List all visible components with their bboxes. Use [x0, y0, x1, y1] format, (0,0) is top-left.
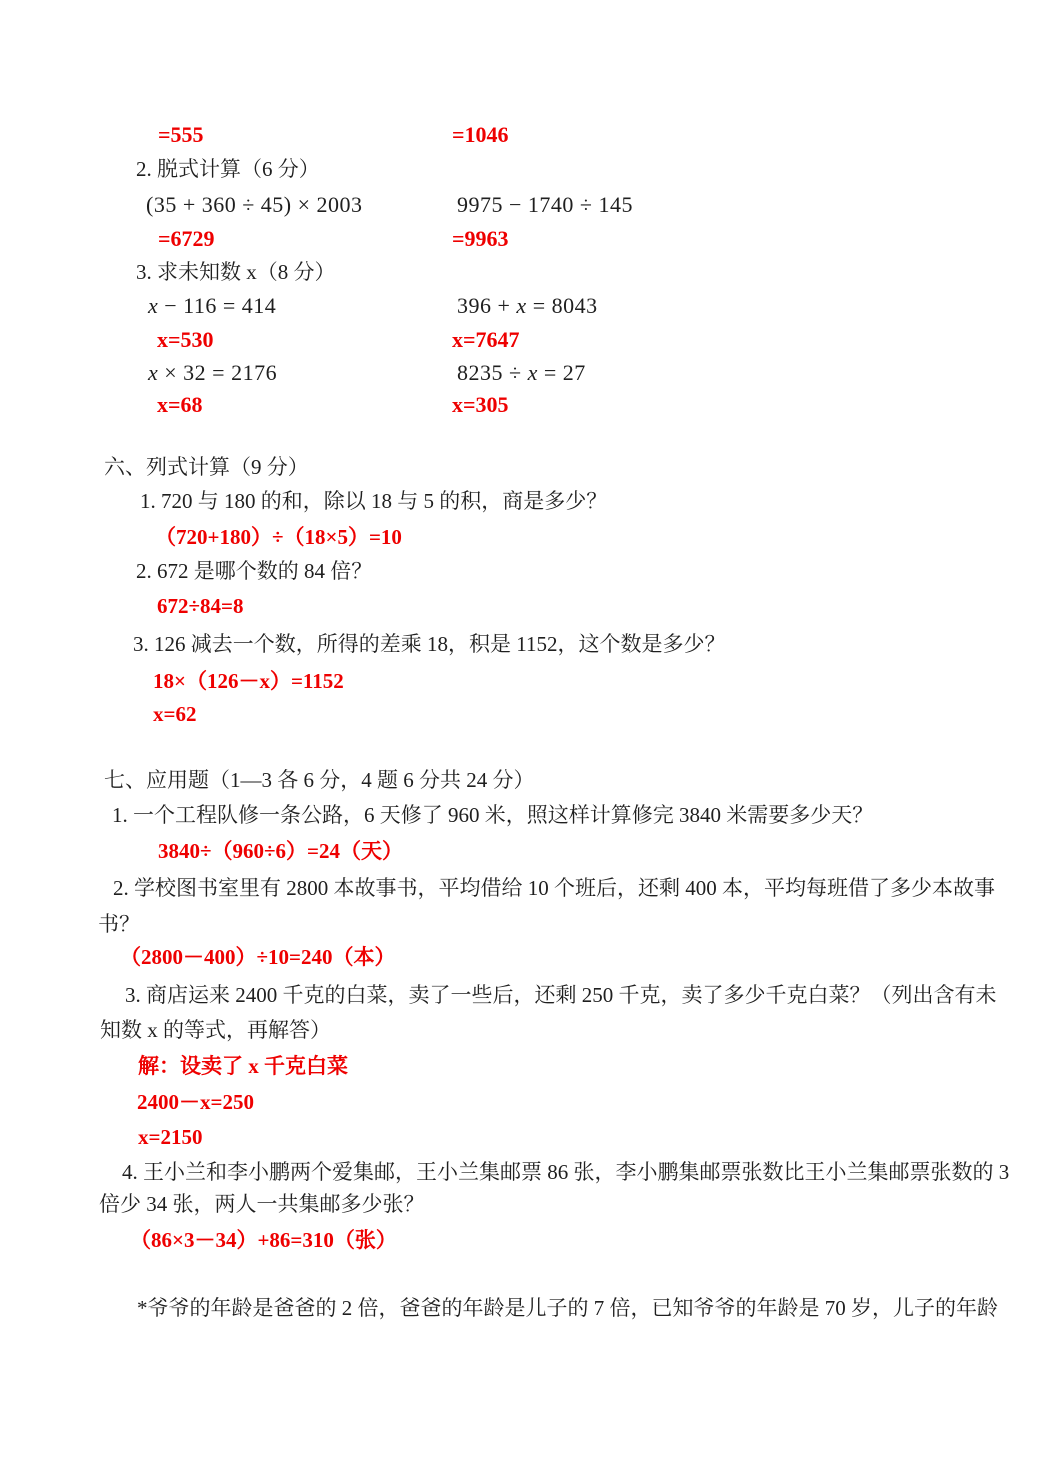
section6-answer-2: 672÷84=8: [157, 589, 244, 623]
section7-answer-1: 3840÷（960÷6）=24（天）: [158, 834, 403, 868]
section7-question-4-line2: 倍少 34 张，两人一共集邮多少张？: [99, 1187, 425, 1221]
section7-question-4-line1: 4. 王小兰和李小鹏两个爱集邮，王小兰集邮票 86 张，李小鹏集邮票张数比王小兰…: [122, 1155, 1009, 1189]
equation-1-post: − 116 = 414: [158, 293, 276, 318]
equation-3-variable: x: [148, 360, 158, 385]
equation-1: x − 116 = 414: [148, 289, 276, 323]
answer-555: =555: [158, 118, 204, 152]
equation-2-post: = 8043: [527, 293, 598, 318]
section7-question-2-line2: 书？: [98, 907, 140, 941]
section6-question-2: 2. 672 是哪个数的 84 倍？: [136, 554, 372, 588]
answer-x68: x=68: [157, 388, 203, 422]
section7-answer-3-setup: 解：设卖了 x 千克白菜: [138, 1049, 348, 1083]
section7-question-3-line1: 3. 商店运来 2400 千克的白菜，卖了一些后，还剩 250 千克，卖了多少千…: [125, 978, 997, 1012]
section7-answer-3-equation: 2400－x=250: [137, 1085, 254, 1119]
equation-3: x × 32 = 2176: [148, 356, 277, 390]
section7-question-3-line2: 知数 x 的等式，再解答）: [100, 1013, 331, 1047]
equation-2-variable: x: [516, 293, 526, 318]
section7-answer-3-result: x=2150: [138, 1120, 202, 1154]
answer-6729: =6729: [158, 222, 215, 256]
section6-answer-3: 18×（126－x）=1152: [153, 664, 344, 698]
answer-1046: =1046: [452, 118, 509, 152]
section7-question-2-line1: 2. 学校图书室里有 2800 本故事书，平均借给 10 个班后，还剩 400 …: [113, 871, 995, 905]
section7-question-1: 1. 一个工程队修一条公路，6 天修了 960 米，照这样计算修完 3840 米…: [112, 798, 873, 832]
equation-4-pre: 8235 ÷: [457, 360, 528, 385]
section6-answer-3b: x=62: [153, 697, 196, 731]
answer-9963: =9963: [452, 222, 509, 256]
equation-4: 8235 ÷ x = 27: [457, 356, 586, 390]
answer-x7647: x=7647: [452, 323, 520, 357]
problem-expression-left: (35 + 360 ÷ 45) × 2003: [146, 188, 363, 222]
section6-answer-1: （720+180）÷（18×5）=10: [155, 520, 402, 554]
equation-3-post: × 32 = 2176: [158, 360, 277, 385]
answer-x530: x=530: [157, 323, 214, 357]
section6-question-3: 3. 126 减去一个数，所得的差乘 18，积是 1152，这个数是多少？: [133, 627, 725, 661]
answer-x305: x=305: [452, 388, 509, 422]
equation-4-post: = 27: [538, 360, 586, 385]
item3-heading: 3. 求未知数 x（8 分）: [136, 255, 336, 289]
section6-question-1: 1. 720 与 180 的和，除以 18 与 5 的积，商是多少？: [140, 484, 607, 518]
section7-answer-4: （86×3－34）+86=310（张）: [130, 1223, 397, 1257]
bonus-question: *爷爷的年龄是爸爸的 2 倍，爸爸的年龄是儿子的 7 倍，已知爷爷的年龄是 70…: [137, 1291, 998, 1325]
section7-heading: 七、应用题（1—3 各 6 分，4 题 6 分共 24 分）: [104, 763, 535, 797]
worksheet-page: =555 =1046 2. 脱式计算（6 分） (35 + 360 ÷ 45) …: [0, 0, 1042, 1474]
equation-4-variable: x: [528, 360, 538, 385]
equation-2: 396 + x = 8043: [457, 289, 598, 323]
item2-heading: 2. 脱式计算（6 分）: [136, 152, 320, 186]
section7-answer-2: （2800－400）÷10=240（本）: [120, 940, 396, 974]
equation-2-pre: 396 +: [457, 293, 516, 318]
equation-1-variable: x: [148, 293, 158, 318]
problem-expression-right: 9975 − 1740 ÷ 145: [457, 188, 633, 222]
section6-heading: 六、列式计算（9 分）: [104, 450, 309, 484]
